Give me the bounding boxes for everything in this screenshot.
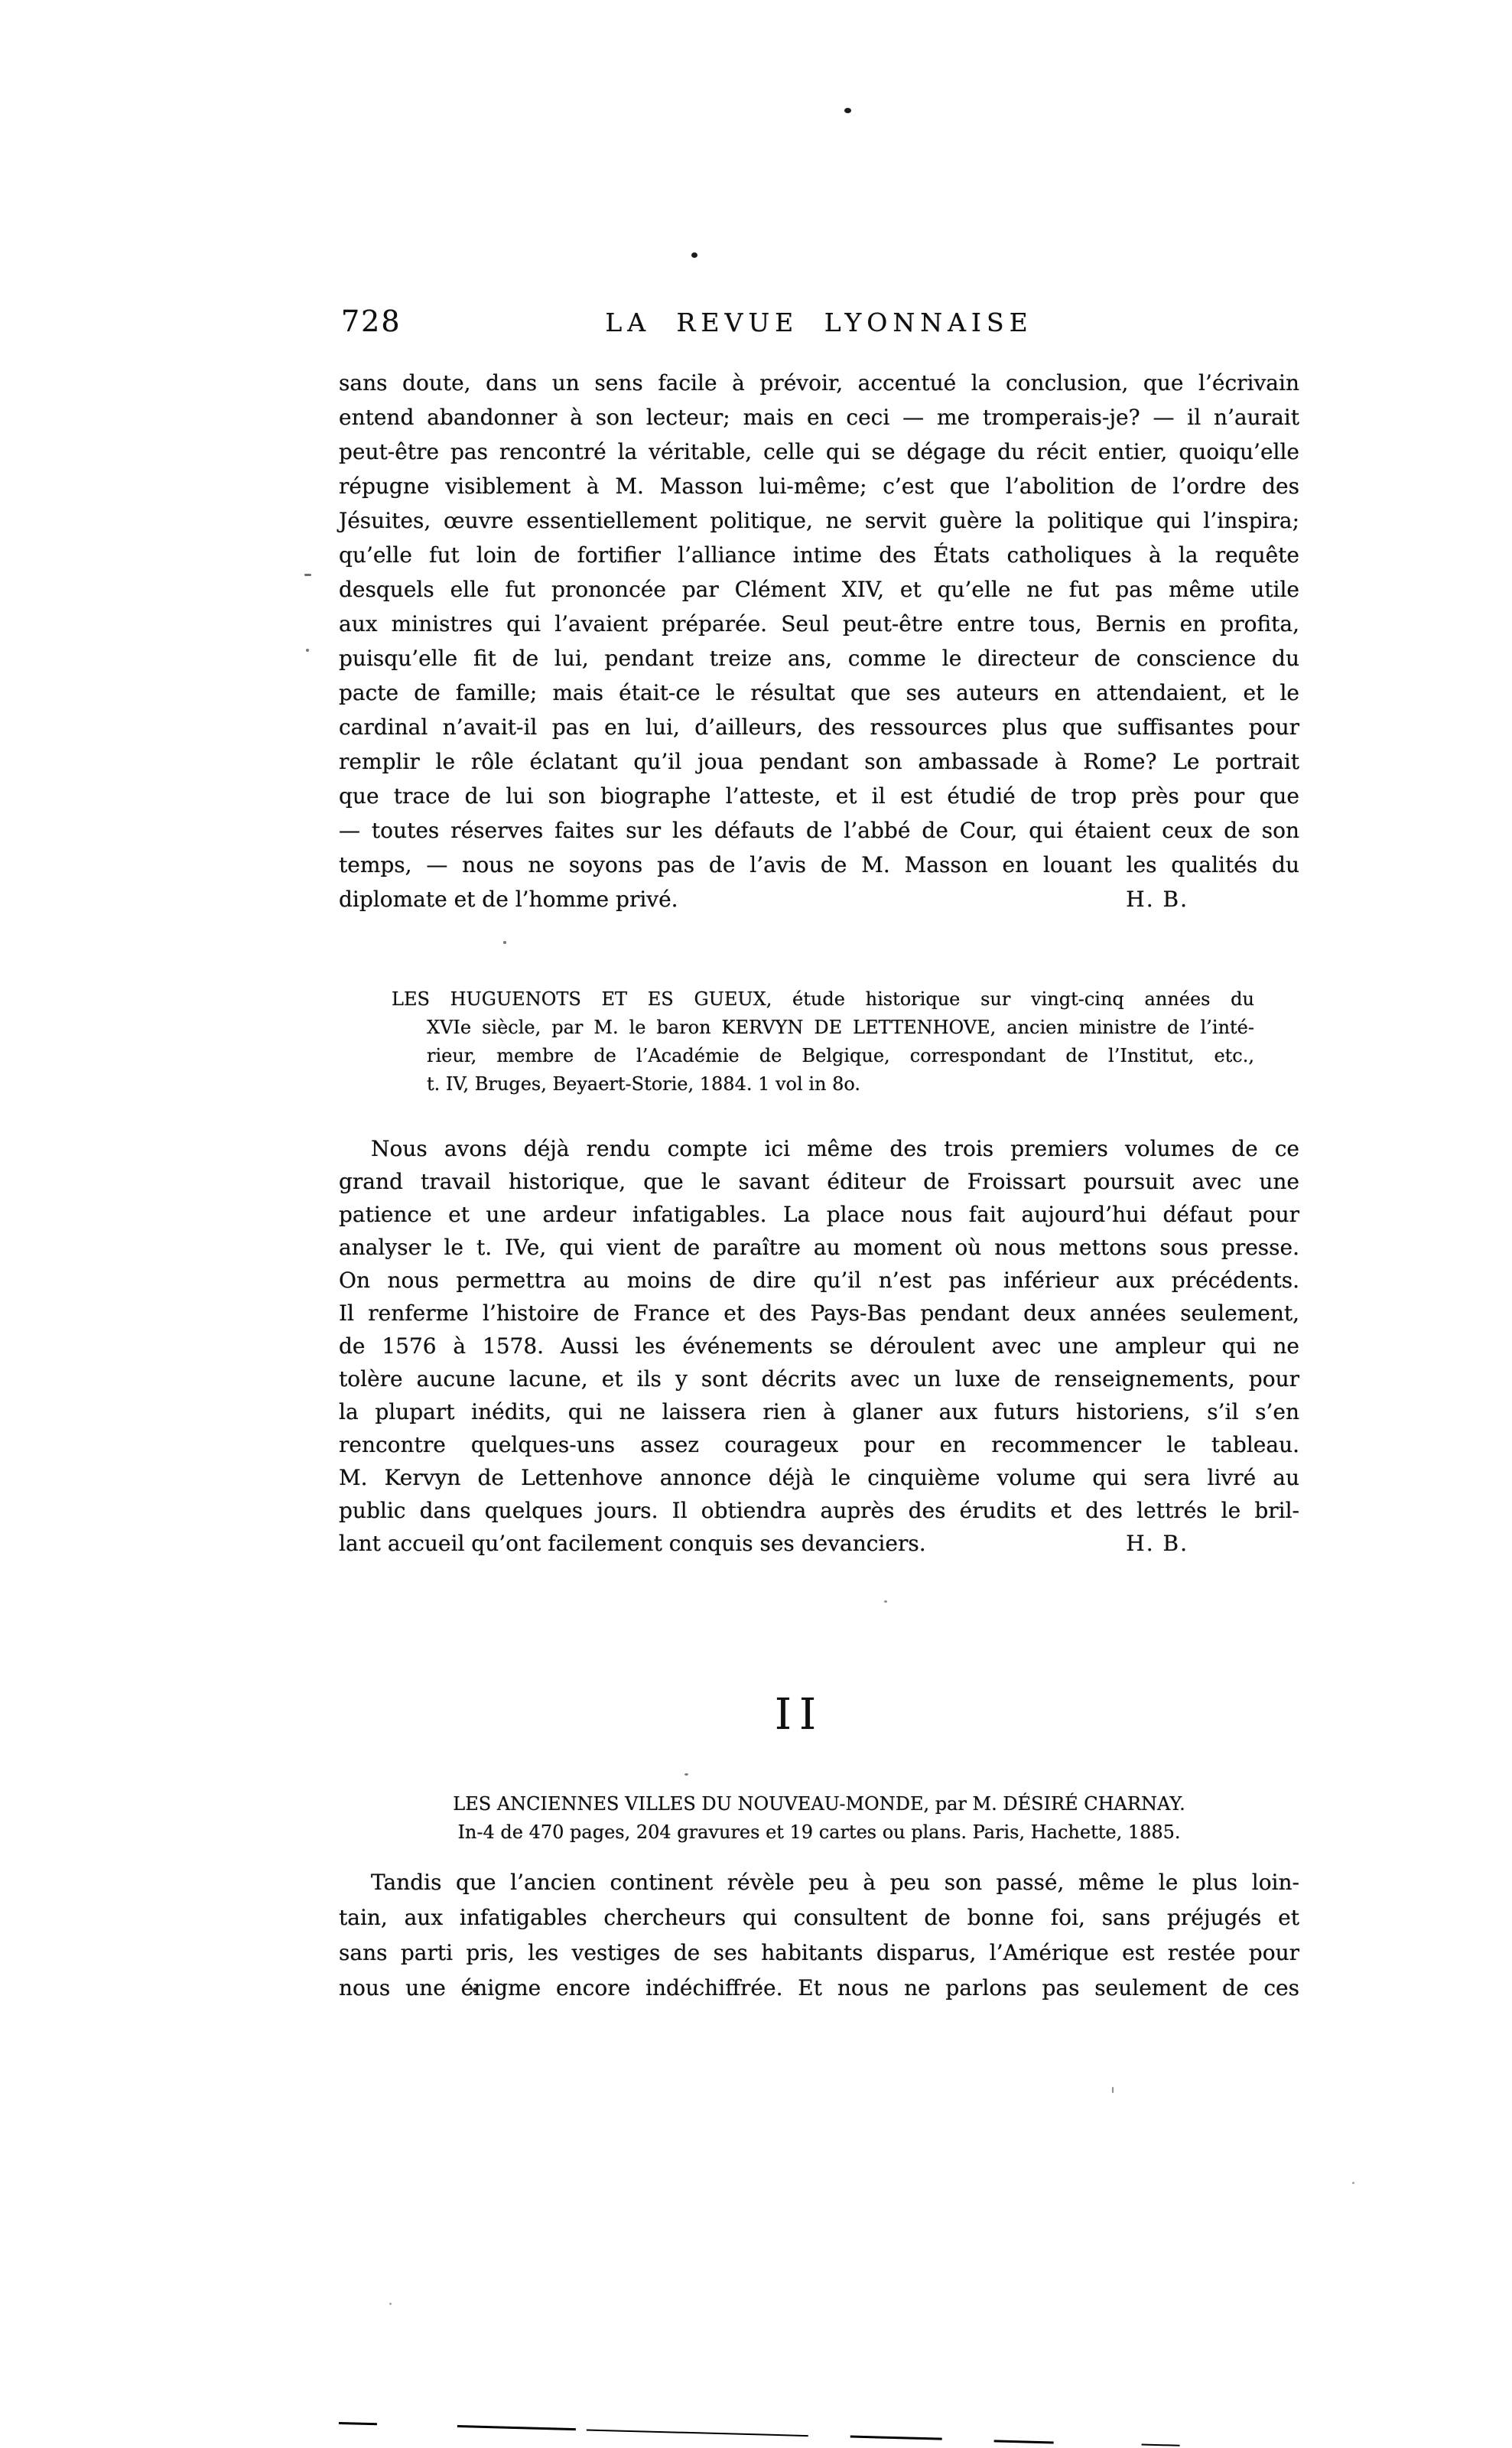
scan-speck [1112,2087,1114,2093]
closing-text: lant accueil qu’ont facilement conquis s… [339,1527,926,1560]
text-line: qu’elle fut loin de fortifier l’alliance… [339,538,1299,572]
scan-speck [844,108,851,113]
text-line: desquels elle fut prononcée par Clément … [339,572,1299,607]
page-edge-segment [994,2440,1054,2443]
text-line: LES HUGUENOTS ET ES GUEUX, étude histori… [392,985,1254,1014]
text-line: tolère aucune lacune, et ils y sont décr… [339,1362,1299,1395]
text-line: pacte de famille; mais était-ce le résul… [339,675,1299,710]
scan-speck [503,941,506,944]
text-line: nous une énigme encore indéchiffrée. Et … [339,1971,1299,2006]
text-line: In-4 de 470 pages, 204 gravures et 19 ca… [339,1818,1299,1847]
text-line: LES ANCIENNES VILLES DU NOUVEAU-MONDE, p… [339,1790,1299,1818]
review-masson-paragraph: sans doute, dans un sens facile à prévoi… [339,366,1299,916]
paragraph-lines: Tandis que l’ancien continent révèle peu… [339,1865,1299,2006]
text-line: sans parti pris, les vestiges de ses hab… [339,1935,1299,1971]
text-line: t. IV, Bruges, Beyaert-Storie, 1884. 1 v… [392,1070,1254,1099]
scan-speck [691,252,697,258]
reviewer-signature: H. B. [1126,882,1299,916]
text-line: M. Kervyn de Lettenhove annonce déjà le … [339,1461,1299,1494]
text-line: la plupart inédits, qui ne laissera rien… [339,1395,1299,1428]
review-charnay-paragraph: Tandis que l’ancien continent révèle peu… [339,1865,1299,2006]
scan-speck [489,767,493,770]
scan-speck [1352,2182,1354,2184]
text-line: On nous permettra au moins de dire qu’il… [339,1264,1299,1297]
text-line: analyser le t. IVe, qui vient de paraîtr… [339,1231,1299,1264]
text-line: remplir le rôle éclatant qu’il joua pend… [339,744,1299,779]
paragraph-lines: sans doute, dans un sens facile à prévoi… [339,366,1299,882]
text-line: peut-être pas rencontré la véritable, ce… [339,435,1299,469]
page-edge-segment [587,2429,808,2437]
text-line: public dans quelques jours. Il obtiendra… [339,1494,1299,1527]
text-line: sans doute, dans un sens facile à prévoi… [339,366,1299,400]
scan-speck [684,1773,688,1776]
scan-speck [473,1987,478,1993]
text-line: XVIe siècle, par M. le baron KERVYN DE L… [392,1014,1254,1042]
reference-huguenots-gueux: LES HUGUENOTS ET ES GUEUX, étude histori… [392,985,1254,1099]
closing-line-with-signature: diplomate et de l’homme privé. H. B. [339,882,1299,916]
paragraph-lines: Nous avons déjà rendu compte ici même de… [339,1132,1299,1527]
reference-anciennes-villes: LES ANCIENNES VILLES DU NOUVEAU-MONDE, p… [339,1790,1299,1847]
closing-text: diplomate et de l’homme privé. [339,882,678,916]
page-edge-segment [1142,2443,1180,2446]
review-lettenhove-paragraph: Nous avons déjà rendu compte ici même de… [339,1132,1299,1560]
reviewer-signature: H. B. [1126,1527,1299,1560]
text-line: entend abandonner à son lecteur; mais en… [339,400,1299,435]
text-line: aux ministres qui l’avaient préparée. Se… [339,607,1299,641]
page-edge-segment [339,2422,377,2425]
text-line: Jésuites, œuvre essentiellement politiqu… [339,503,1299,538]
text-line: patience et une ardeur infatigables. La … [339,1198,1299,1231]
text-line: de 1576 à 1578. Aussi les événements se … [339,1330,1299,1362]
text-line: tain, aux infatigables chercheurs qui co… [339,1900,1299,1935]
scan-speck [306,649,309,652]
scan-speck [389,2303,392,2305]
journal-title: LA REVUE LYONNAISE [339,309,1299,337]
page-edge-segment [850,2436,942,2440]
text-line: Il renferme l’histoire de France et des … [339,1297,1299,1330]
page-edge-segment [457,2425,576,2430]
text-line: rencontre quelques-uns assez courageux p… [339,1428,1299,1461]
page-edge-artifact [339,2422,1180,2447]
text-line: — toutes réserves faites sur les défauts… [339,813,1299,848]
closing-line-with-signature: lant accueil qu’ont facilement conquis s… [339,1527,1299,1560]
text-line: puisqu’elle fit de lui, pendant treize a… [339,641,1299,675]
reference-lines: LES ANCIENNES VILLES DU NOUVEAU-MONDE, p… [339,1790,1299,1847]
text-line: grand travail historique, que le savant … [339,1165,1299,1198]
scanned-book-page: 728 LA REVUE LYONNAISE sans doute, dans … [0,0,1512,2448]
scan-speck [884,1600,887,1603]
reference-lines: LES HUGUENOTS ET ES GUEUX, étude histori… [392,985,1254,1099]
text-line: répugne visiblement à M. Masson lui-même… [339,469,1299,503]
text-line: Nous avons déjà rendu compte ici même de… [339,1132,1299,1165]
scan-speck [304,574,311,576]
text-line: temps, — nous ne soyons pas de l’avis de… [339,848,1299,882]
text-line: cardinal n’avait-il pas en lui, d’ailleu… [339,710,1299,744]
text-line: que trace de lui son biographe l’atteste… [339,779,1299,813]
section-heading: II [339,1694,1260,1737]
text-line: rieur, membre de l’Académie de Belgique,… [392,1042,1254,1070]
text-line: Tandis que l’ancien continent révèle peu… [339,1865,1299,1900]
